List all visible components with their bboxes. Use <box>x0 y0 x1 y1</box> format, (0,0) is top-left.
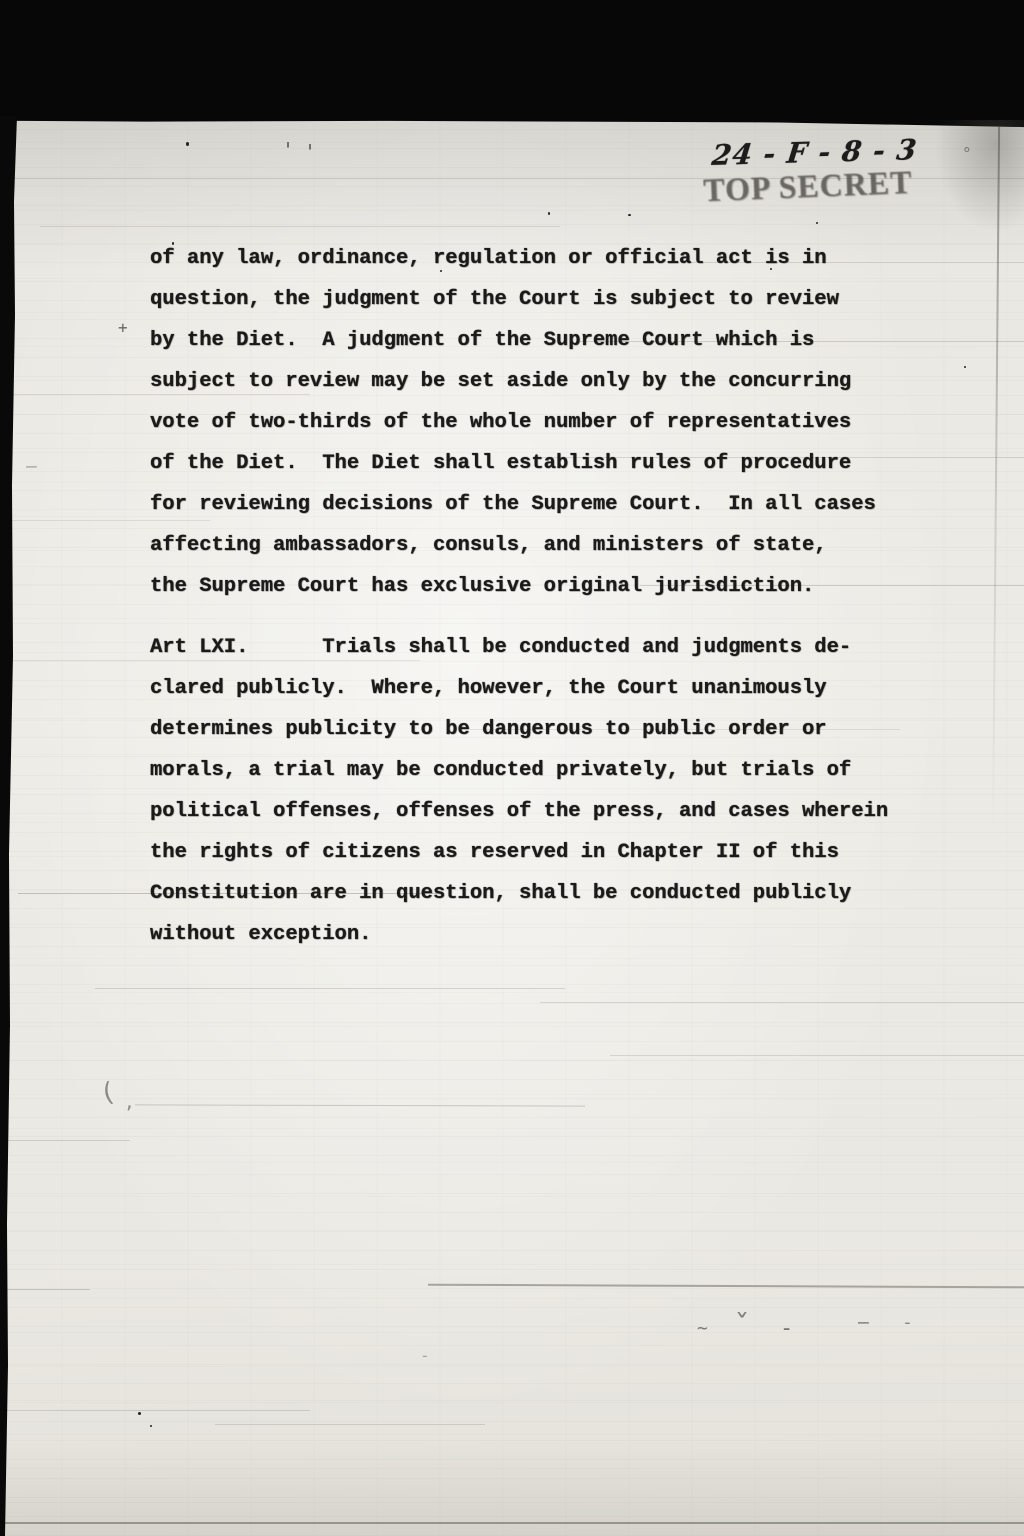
continuation-paragraph: of any law, ordinance, regulation or off… <box>150 238 950 607</box>
top-secret-stamp: TOP SECRET <box>703 165 914 210</box>
ink-speck <box>186 142 189 146</box>
pencil-mark: - <box>420 1348 430 1364</box>
article-heading-line: Art LXI. Trials shall be conducted and j… <box>150 627 950 668</box>
page-crease <box>992 126 1000 836</box>
article-lxi-paragraph: Art LXI. Trials shall be conducted and j… <box>150 627 950 955</box>
scanned-document-page: 24 - F - 8 - 3 TOP SECRET of any law, or… <box>0 0 1024 1536</box>
ink-speck <box>964 366 966 368</box>
text-line: morals, a trial may be conducted private… <box>150 750 950 791</box>
scan-line <box>0 1410 310 1411</box>
text-line: Constitution are in question, shall be c… <box>150 873 950 914</box>
pencil-mark: — <box>858 1314 869 1332</box>
corner-smudge <box>930 120 1024 240</box>
pencil-mark: – <box>26 458 37 476</box>
scan-line <box>40 226 560 227</box>
scan-line <box>540 1002 1024 1003</box>
ink-speck <box>628 214 631 216</box>
text-line: political offenses, offenses of the pres… <box>150 791 950 832</box>
text-line: the rights of citizens as reserved in Ch… <box>150 832 950 873</box>
pencil-mark: ° <box>962 146 972 162</box>
pencil-mark: ( <box>98 1079 118 1107</box>
pencil-mark: ˇ <box>733 1312 751 1342</box>
ink-speck <box>138 1412 141 1415</box>
text-line: subject to review may be set aside only … <box>150 361 950 402</box>
text-line: vote of two-thirds of the whole number o… <box>150 402 950 443</box>
scan-line <box>215 1424 485 1425</box>
pencil-mark: , <box>124 1094 135 1112</box>
bottom-shadow <box>0 1440 1024 1536</box>
scan-line <box>0 1522 1024 1524</box>
scan-line <box>610 1055 1024 1056</box>
scan-line <box>428 1284 1024 1289</box>
scan-line <box>135 1104 585 1106</box>
ink-speck <box>816 222 818 224</box>
scan-edge-left <box>0 116 20 1536</box>
text-line: affecting ambassadors, consuls, and mini… <box>150 525 950 566</box>
text-line: of the Diet. The Diet shall establish ru… <box>150 443 950 484</box>
text-line: by the Diet. A judgment of the Supreme C… <box>150 320 950 361</box>
text-line: clared publicly. Where, however, the Cou… <box>150 668 950 709</box>
pencil-mark: ' <box>304 142 316 162</box>
pencil-mark: + <box>118 320 128 336</box>
ink-speck <box>150 1425 152 1427</box>
scan-line <box>95 988 565 989</box>
scan-edge-top <box>0 0 1024 131</box>
text-line: determines publicity to be dangerous to … <box>150 709 950 750</box>
pencil-mark: ' <box>282 140 294 160</box>
pencil-mark: - <box>902 1314 913 1332</box>
pencil-mark: - <box>780 1318 793 1340</box>
text-line: question, the judgment of the Court is s… <box>150 279 950 320</box>
ink-speck <box>548 212 550 215</box>
text-line: without exception. <box>150 914 950 955</box>
text-line: the Supreme Court has exclusive original… <box>150 566 950 607</box>
scan-line <box>0 1140 130 1141</box>
pencil-mark: ~ <box>697 1320 708 1338</box>
text-line: of any law, ordinance, regulation or off… <box>150 238 950 279</box>
scan-line <box>0 1289 90 1290</box>
text-line: for reviewing decisions of the Supreme C… <box>150 484 950 525</box>
